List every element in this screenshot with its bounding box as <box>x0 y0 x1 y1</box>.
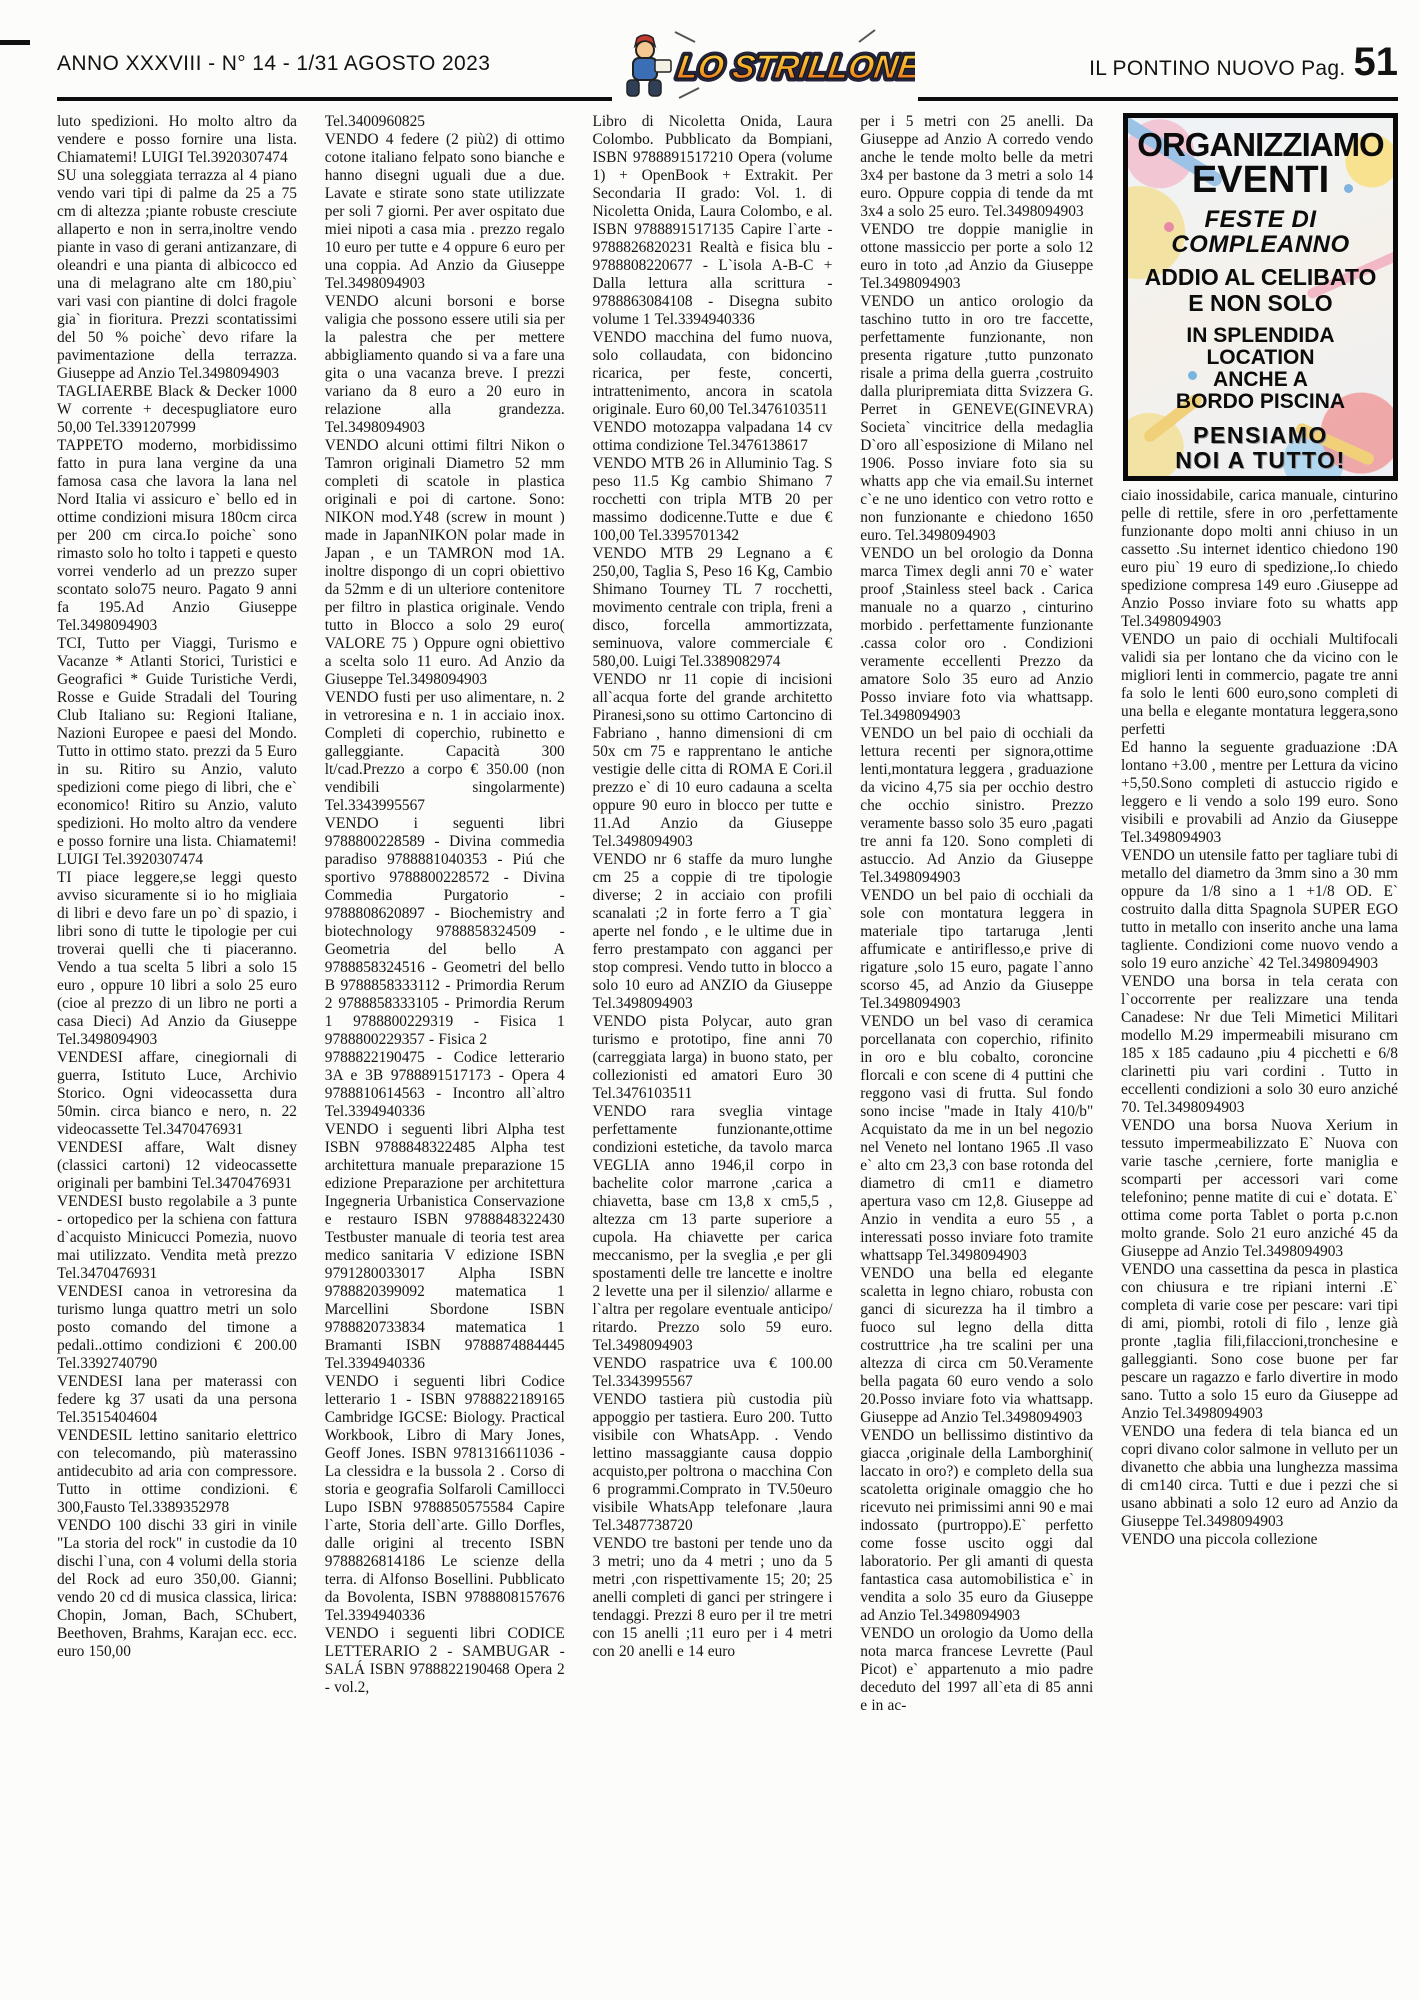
ad-slogan-line2: NOI A TUTTO! <box>1175 448 1345 473</box>
ad-location-line2: LOCATION <box>1206 347 1314 369</box>
column-2: Tel.3400960825VENDO 4 federe (2 più2) di… <box>325 113 565 1993</box>
classified-ad: VENDO i seguenti libri Alpha test ISBN 9… <box>325 1121 565 1373</box>
classified-ad: VENDO un paio di occhiali Multifocali va… <box>1121 631 1398 739</box>
classified-ad: TAPPETO moderno, morbidissimo fatto in p… <box>57 437 297 635</box>
ad-location-line1: IN SPLENDIDA <box>1186 325 1334 347</box>
classified-ad: TCI, Tutto per Viaggi, Turismo e Vacanze… <box>57 635 297 869</box>
classified-ad: VENDO un antico orologio da taschino tut… <box>860 293 1093 545</box>
newsboy-icon <box>627 35 671 96</box>
classified-ad: VENDESI affare, Walt disney (classici ca… <box>57 1139 297 1193</box>
classified-ad: per i 5 metri con 25 anelli. Da Giuseppe… <box>860 113 1093 221</box>
classifieds-columns: luto spedizioni. Ho molto altro da vende… <box>57 113 1398 1993</box>
classified-ad: VENDO una federa di tela bianca ed un co… <box>1121 1423 1398 1531</box>
classified-ad: 9788822190475 - Codice letterario 3A e 3… <box>325 1049 565 1121</box>
classified-ad: VENDO MTB 29 Legnano a € 250,00, Taglia … <box>593 545 833 671</box>
classified-ad: VENDO tastiera più custodia più appoggio… <box>593 1391 833 1535</box>
classified-ad: VENDO pista Polycar, auto gran turismo e… <box>593 1013 833 1103</box>
column-3: Libro di Nicoletta Onida, Laura Colombo.… <box>593 113 833 1993</box>
logo-text: LO STRILLONE <box>675 49 915 86</box>
logo-graphic: LO STRILLONE LO STRILLONE <box>615 24 915 106</box>
classified-ad: VENDO i seguenti libri CODICE LETTERARIO… <box>325 1625 565 1697</box>
ad-slogan-line1: PENSIAMO <box>1193 423 1328 448</box>
ad-feste-line2: COMPLEANNO <box>1171 232 1349 257</box>
classified-ad: VENDO un orologio da Uomo della nota mar… <box>860 1625 1093 1715</box>
classified-ad: VENDO rara sveglia vintage perfettamente… <box>593 1103 833 1355</box>
ad-addio-line2: E NON SOLO <box>1188 291 1332 316</box>
classified-ad: VENDESI canoa in vetroresina da turismo … <box>57 1283 297 1373</box>
column-4: per i 5 metri con 25 anelli. Da Giuseppe… <box>860 113 1093 1993</box>
classified-ad: VENDO nr 11 copie di incisioni all`acqua… <box>593 671 833 851</box>
ad-location-line4: BORDO PISCINA <box>1176 391 1345 413</box>
classified-ad: VENDO una bella ed elegante scaletta in … <box>860 1265 1093 1427</box>
classified-ad: VENDO un bellissimo distintivo da giacca… <box>860 1427 1093 1625</box>
classified-ad: Libro di Nicoletta Onida, Laura Colombo.… <box>593 113 833 329</box>
classified-ad: VENDO tre doppie maniglie in ottone mass… <box>860 221 1093 293</box>
classified-ad: VENDO alcuni borsoni e borse valigia che… <box>325 293 565 437</box>
classified-ad: TAGLIAERBE Black & Decker 1000 W corrent… <box>57 383 297 437</box>
classified-ad: TI piace leggere,se leggi questo avviso … <box>57 869 297 1049</box>
classified-ad: VENDO tre bastoni per tende uno da 3 met… <box>593 1535 833 1661</box>
events-advertisement: ORGANIZZIAMO EVENTI FESTE DI COMPLEANNO … <box>1123 113 1398 481</box>
classified-ad: VENDO un bel paio di occhiali da sole co… <box>860 887 1093 1013</box>
classified-ad: ciaio inossidabile, carica manuale, cint… <box>1121 487 1398 631</box>
classified-ad: VENDO alcuni ottimi filtri Nikon o Tamro… <box>325 437 565 689</box>
classified-ad: VENDO un bel orologio da Donna marca Tim… <box>860 545 1093 725</box>
classified-ad: VENDO 4 federe (2 più2) di ottimo cotone… <box>325 131 565 293</box>
classified-ad: VENDO fusti per uso alimentare, n. 2 in … <box>325 689 565 815</box>
page-number: 51 <box>1354 42 1399 82</box>
classified-ad: VENDO una borsa Nuova Xerium in tessuto … <box>1121 1117 1398 1261</box>
classified-ad: Ed hanno la seguente graduazione :DA lon… <box>1121 739 1398 847</box>
classified-ad: VENDESIL lettino sanitario elettrico con… <box>57 1427 297 1517</box>
classified-ad: VENDO una borsa in tela cerata con l`occ… <box>1121 973 1398 1117</box>
classified-ad: VENDO una cassettina da pesca in plastic… <box>1121 1261 1398 1423</box>
ad-addio-line1: ADDIO AL CELIBATO <box>1145 265 1377 290</box>
ad-location-line3: ANCHE A <box>1213 369 1308 391</box>
classified-ad: VENDO un bel vaso di ceramica porcellana… <box>860 1013 1093 1265</box>
publication-header: IL PONTINO NUOVO Pag. 51 <box>1089 42 1398 82</box>
classified-ad: VENDO un utensile fatto per tagliare tub… <box>1121 847 1398 973</box>
page-edge-mark <box>0 40 30 45</box>
classified-ad: VENDO una piccola collezione <box>1121 1531 1398 1549</box>
classified-ad: SU una soleggiata terrazza al 4 piano ve… <box>57 167 297 383</box>
classified-ad: VENDO macchina del fumo nuova, solo coll… <box>593 329 833 419</box>
classified-ad: VENDO nr 6 staffe da muro lunghe cm 25 a… <box>593 851 833 1013</box>
ad-headline-2: EVENTI <box>1192 161 1329 199</box>
classified-ad: luto spedizioni. Ho molto altro da vende… <box>57 113 297 167</box>
column-5: ORGANIZZIAMO EVENTI FESTE DI COMPLEANNO … <box>1121 113 1398 1993</box>
classified-ad: VENDO i seguenti libri Codice letterario… <box>325 1373 565 1625</box>
issue-info: ANNO XXXVIII - N° 14 - 1/31 AGOSTO 2023 <box>57 52 490 76</box>
ad-headline-1: ORGANIZZIAMO <box>1137 128 1383 161</box>
classified-ad: Tel.3400960825 <box>325 113 565 131</box>
classified-ad: VENDO un bel paio di occhiali da lettura… <box>860 725 1093 887</box>
classified-ad: VENDO i seguenti libri 9788800228589 - D… <box>325 815 565 1049</box>
publication-title: IL PONTINO NUOVO Pag. <box>1089 57 1345 81</box>
classified-ad: VENDO motozappa valpadana 14 cv ottima c… <box>593 419 833 455</box>
lo-strillone-logo: LO STRILLONE LO STRILLONE <box>612 22 918 108</box>
classified-ad: VENDO 100 dischi 33 giri in vinile "La s… <box>57 1517 297 1661</box>
classified-ad: VENDO MTB 26 in Alluminio Tag. S peso 11… <box>593 455 833 545</box>
ad-feste-line1: FESTE DI <box>1204 207 1316 232</box>
classified-ad: VENDESI affare, cinegiornali di guerra, … <box>57 1049 297 1139</box>
column-1: luto spedizioni. Ho molto altro da vende… <box>57 113 297 1993</box>
classified-ad: VENDESI busto regolabile a 3 punte - ort… <box>57 1193 297 1283</box>
newspaper-page: ANNO XXXVIII - N° 14 - 1/31 AGOSTO 2023 … <box>0 0 1420 2000</box>
classified-ad: VENDO raspatrice uva € 100.00 Tel.334399… <box>593 1355 833 1391</box>
classified-ad: VENDESI lana per materassi con federe kg… <box>57 1373 297 1427</box>
